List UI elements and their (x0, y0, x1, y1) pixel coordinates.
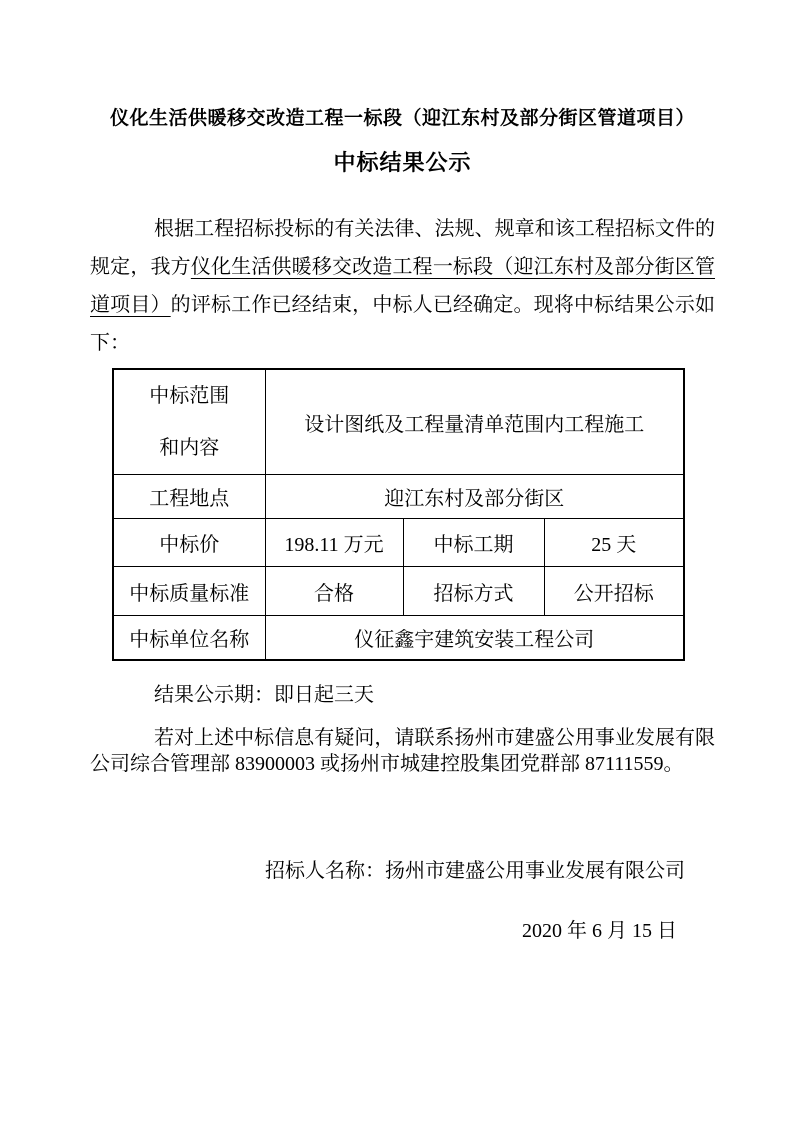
duration-value-cell: 25 天 (544, 519, 684, 567)
quality-value-cell: 合格 (265, 567, 403, 616)
document-title: 仪化生活供暖移交改造工程一标段（迎江东村及部分街区管道项目） (90, 106, 715, 132)
tenderer-name-line: 招标人名称：扬州市建盛公用事业发展有限公司 (90, 859, 715, 883)
scope-label-line2: 和内容 (114, 422, 265, 474)
document-page: 仪化生活供暖移交改造工程一标段（迎江东村及部分街区管道项目） 中标结果公示 根据… (0, 0, 793, 1122)
winner-label-cell: 中标单位名称 (113, 616, 265, 661)
duration-label-cell: 中标工期 (403, 519, 544, 567)
document-subtitle: 中标结果公示 (90, 148, 715, 178)
table-row-location: 工程地点 迎江东村及部分街区 (113, 475, 684, 519)
scope-label-cell: 中标范围 和内容 (113, 369, 265, 475)
scope-label-line1: 中标范围 (114, 370, 265, 422)
method-value-cell: 公开招标 (544, 567, 684, 616)
table-row-price-duration: 中标价 198.11 万元 中标工期 25 天 (113, 519, 684, 567)
quality-label-cell: 中标质量标准 (113, 567, 265, 616)
bid-result-table: 中标范围 和内容 设计图纸及工程量清单范围内工程施工 工程地点 迎江东村及部分街… (112, 368, 685, 661)
method-label-cell: 招标方式 (403, 567, 544, 616)
result-period-line: 结果公示期：即日起三天 (90, 683, 715, 707)
intro-suffix: 的评标工作已经结束，中标人已经确定。现将中标结果公示如下： (90, 294, 715, 354)
table-row-scope: 中标范围 和内容 设计图纸及工程量清单范围内工程施工 (113, 369, 684, 475)
location-value-cell: 迎江东村及部分街区 (265, 475, 684, 519)
price-value-cell: 198.11 万元 (265, 519, 403, 567)
price-label-cell: 中标价 (113, 519, 265, 567)
table-row-quality-method: 中标质量标准 合格 招标方式 公开招标 (113, 567, 684, 616)
contact-paragraph: 若对上述中标信息有疑问，请联系扬州市建盛公用事业发展有限公司综合管理部 8390… (90, 725, 715, 777)
intro-paragraph: 根据工程招标投标的有关法律、法规、规章和该工程招标文件的规定，我方仪化生活供暖移… (90, 210, 715, 362)
date-line: 2020 年 6 月 15 日 (90, 919, 715, 943)
location-label-cell: 工程地点 (113, 475, 265, 519)
table-row-winner: 中标单位名称 仪征鑫宇建筑安装工程公司 (113, 616, 684, 661)
scope-value-cell: 设计图纸及工程量清单范围内工程施工 (265, 369, 684, 475)
winner-value-cell: 仪征鑫宇建筑安装工程公司 (265, 616, 684, 661)
